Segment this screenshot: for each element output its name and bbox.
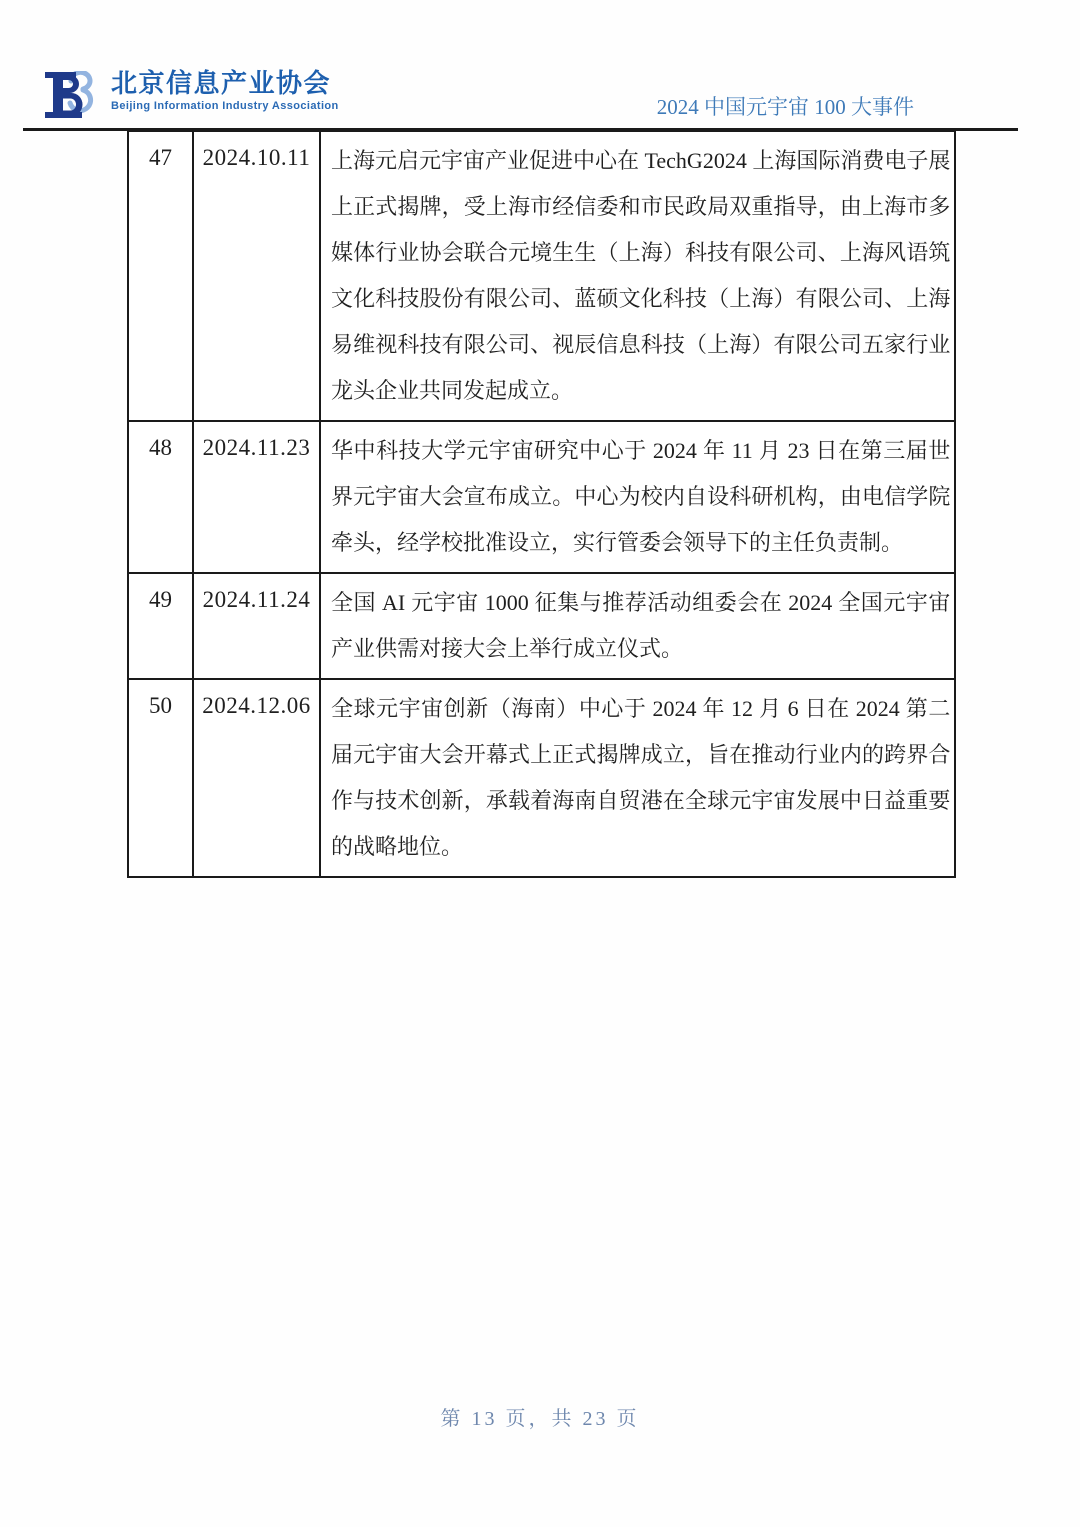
association-logo: 北京信息产业协会 Beijing Information Industry As… xyxy=(44,68,339,119)
row-number-cell: 49 xyxy=(128,573,193,679)
events-table-body: 472024.10.11上海元启元宇宙产业促进中心在 TechG2024 上海国… xyxy=(128,131,955,877)
description-line: 上正式揭牌，受上海市经信委和市民政局双重指导，由上海市多 xyxy=(331,184,950,230)
association-name: 北京信息产业协会 Beijing Information Industry As… xyxy=(111,68,339,113)
description-line: 媒体行业协会联合元境生生（上海）科技有限公司、上海风语筑 xyxy=(331,230,950,276)
description-line: 易维视科技有限公司、视辰信息科技（上海）有限公司五家行业 xyxy=(331,322,950,368)
event-date-cell: 2024.11.24 xyxy=(193,573,320,679)
table-row: 492024.11.24全国 AI 元宇宙 1000 征集与推荐活动组委会在 2… xyxy=(128,573,955,679)
event-description-cell: 全球元宇宙创新（海南）中心于 2024 年 12 月 6 日在 2024 第二届… xyxy=(320,679,955,877)
event-description-cell: 华中科技大学元宇宙研究中心于 2024 年 11 月 23 日在第三届世界元宇宙… xyxy=(320,421,955,573)
row-number-cell: 47 xyxy=(128,131,193,421)
bi-logo-icon xyxy=(44,71,98,119)
row-number-cell: 48 xyxy=(128,421,193,573)
event-date-cell: 2024.10.11 xyxy=(193,131,320,421)
table-row: 502024.12.06全球元宇宙创新（海南）中心于 2024 年 12 月 6… xyxy=(128,679,955,877)
events-table: 472024.10.11上海元启元宇宙产业促进中心在 TechG2024 上海国… xyxy=(127,130,956,878)
document-page: 北京信息产业协会 Beijing Information Industry As… xyxy=(0,0,1080,1527)
description-line: 作与技术创新，承载着海南自贸港在全球元宇宙发展中日益重要 xyxy=(331,778,950,824)
event-description-cell: 上海元启元宇宙产业促进中心在 TechG2024 上海国际消费电子展上正式揭牌，… xyxy=(320,131,955,421)
description-line: 龙头企业共同发起成立。 xyxy=(331,368,950,414)
description-line: 华中科技大学元宇宙研究中心于 2024 年 11 月 23 日在第三届世 xyxy=(331,428,950,474)
association-name-cn: 北京信息产业协会 xyxy=(111,68,339,98)
event-description-cell: 全国 AI 元宇宙 1000 征集与推荐活动组委会在 2024 全国元宇宙产业供… xyxy=(320,573,955,679)
description-line: 牵头，经学校批准设立，实行管委会领导下的主任负责制。 xyxy=(331,520,950,566)
association-name-en: Beijing Information Industry Association xyxy=(111,100,339,113)
description-line: 全国 AI 元宇宙 1000 征集与推荐活动组委会在 2024 全国元宇宙 xyxy=(331,580,950,626)
description-line: 的战略地位。 xyxy=(331,824,950,870)
event-date-cell: 2024.12.06 xyxy=(193,679,320,877)
row-number-cell: 50 xyxy=(128,679,193,877)
event-date-cell: 2024.11.23 xyxy=(193,421,320,573)
description-line: 上海元启元宇宙产业促进中心在 TechG2024 上海国际消费电子展 xyxy=(331,138,950,184)
document-title: 2024 中国元宇宙 100 大事件 xyxy=(657,95,914,119)
table-row: 472024.10.11上海元启元宇宙产业促进中心在 TechG2024 上海国… xyxy=(128,131,955,421)
table-row: 482024.11.23华中科技大学元宇宙研究中心于 2024 年 11 月 2… xyxy=(128,421,955,573)
description-line: 文化科技股份有限公司、蓝硕文化科技（上海）有限公司、上海 xyxy=(331,276,950,322)
description-line: 全球元宇宙创新（海南）中心于 2024 年 12 月 6 日在 2024 第二 xyxy=(331,686,950,732)
description-line: 届元宇宙大会开幕式上正式揭牌成立，旨在推动行业内的跨界合 xyxy=(331,732,950,778)
description-line: 产业供需对接大会上举行成立仪式。 xyxy=(331,626,950,672)
page-number: 第 13 页，共 23 页 xyxy=(0,1402,1080,1431)
description-line: 界元宇宙大会宣布成立。中心为校内自设科研机构，由电信学院 xyxy=(331,474,950,520)
